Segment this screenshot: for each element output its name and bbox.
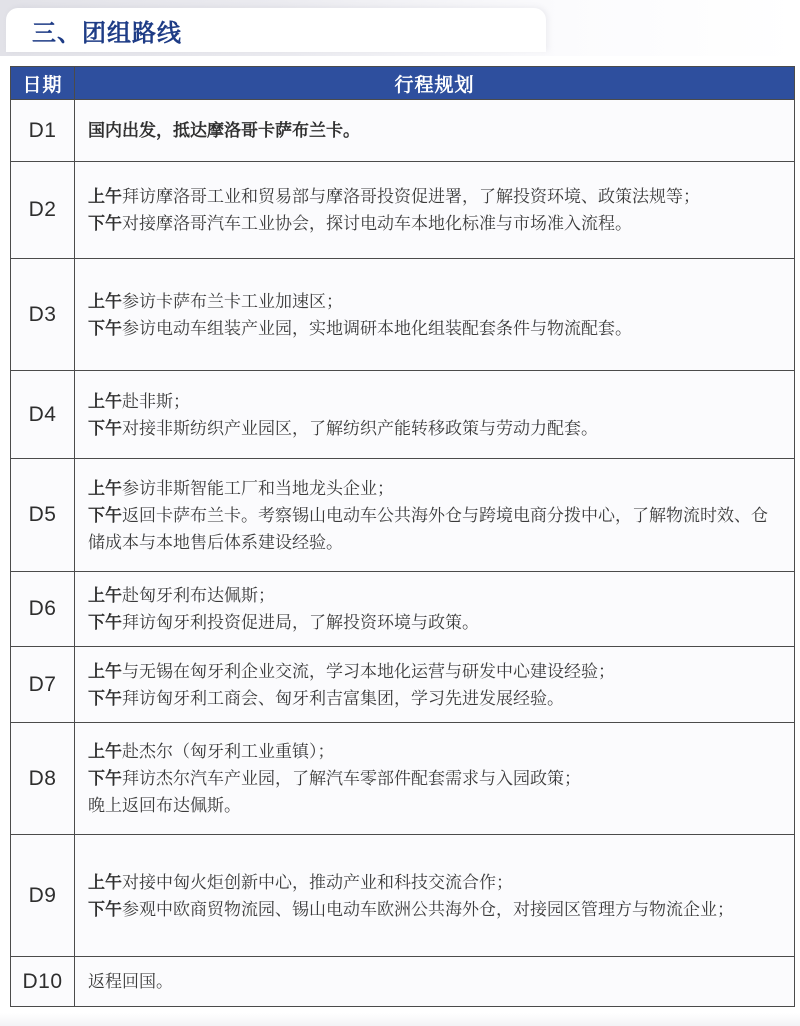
- date-cell: D10: [11, 957, 75, 1007]
- plan-segment: 参观中欧商贸物流园、锡山电动车欧洲公共海外仓，对接园区管理方与物流企业；: [122, 900, 734, 919]
- plan-line: 下午拜访杰尔汽车产业园，了解汽车零部件配套需求与入园政策；: [88, 765, 780, 792]
- date-cell: D3: [11, 259, 75, 371]
- plan-segment-bold: 下午: [88, 900, 122, 919]
- plan-segment: 晚上返回布达佩斯。: [88, 796, 241, 815]
- plan-segment: 对接非斯纺织产业园区，了解纺织产能转移政策与劳动力配套。: [122, 419, 598, 438]
- plan-segment: 拜访匈牙利投资促进局，了解投资环境与政策。: [122, 613, 479, 632]
- plan-segment: 赴非斯；: [122, 392, 190, 411]
- table-row: D6 上午赴匈牙利布达佩斯；下午拜访匈牙利投资促进局，了解投资环境与政策。: [11, 572, 795, 647]
- plan-segment-bold: 上午: [88, 586, 122, 605]
- date-cell: D4: [11, 371, 75, 459]
- plan-line: 上午参访卡萨布兰卡工业加速区；: [88, 288, 780, 315]
- header-plan: 行程规划: [75, 67, 795, 100]
- plan-line: 下午拜访匈牙利工商会、匈牙利吉富集团，学习先进发展经验。: [88, 685, 780, 712]
- table-row: D4 上午赴非斯；下午对接非斯纺织产业园区，了解纺织产能转移政策与劳动力配套。: [11, 371, 795, 459]
- plan-segment: 参访电动车组装产业园，实地调研本地化组装配套条件与物流配套。: [122, 319, 632, 338]
- plan-line: 晚上返回布达佩斯。: [88, 792, 780, 819]
- table-row: D1 国内出发，抵达摩洛哥卡萨布兰卡。: [11, 100, 795, 162]
- plan-segment-bold: 下午: [88, 613, 122, 632]
- plan-line: 下午对接摩洛哥汽车工业协会，探讨电动车本地化标准与市场准入流程。: [88, 210, 780, 237]
- plan-segment-bold: 上午: [88, 742, 122, 761]
- plan-segment: 拜访匈牙利工商会、匈牙利吉富集团，学习先进发展经验。: [122, 689, 564, 708]
- itinerary-table: 日期 行程规划 D1 国内出发，抵达摩洛哥卡萨布兰卡。 D2 上午拜访摩洛哥工业…: [10, 66, 795, 1007]
- plan-cell: 上午与无锡在匈牙利企业交流，学习本地化运营与研发中心建设经验；下午拜访匈牙利工商…: [75, 647, 795, 723]
- plan-line: 下午参访电动车组装产业园，实地调研本地化组装配套条件与物流配套。: [88, 315, 780, 342]
- plan-segment-bold: 上午: [88, 392, 122, 411]
- plan-line: 上午赴匈牙利布达佩斯；: [88, 582, 780, 609]
- date-cell: D5: [11, 459, 75, 572]
- plan-segment: 对接摩洛哥汽车工业协会，探讨电动车本地化标准与市场准入流程。: [122, 214, 632, 233]
- plan-segment: 拜访杰尔汽车产业园，了解汽车零部件配套需求与入园政策；: [122, 769, 581, 788]
- date-cell: D6: [11, 572, 75, 647]
- plan-cell: 返程回国。: [75, 957, 795, 1007]
- plan-cell: 国内出发，抵达摩洛哥卡萨布兰卡。: [75, 100, 795, 162]
- date-cell: D7: [11, 647, 75, 723]
- top-banner: 三、团组路线: [0, 0, 800, 56]
- plan-segment-bold: 下午: [88, 506, 122, 525]
- plan-cell: 上午拜访摩洛哥工业和贸易部与摩洛哥投资促进署，了解投资环境、政策法规等；下午对接…: [75, 162, 795, 259]
- plan-segment: 赴匈牙利布达佩斯；: [122, 586, 275, 605]
- plan-segment-bold: 国内出发，抵达摩洛哥卡萨布兰卡。: [88, 121, 360, 140]
- bottom-strip: [0, 1013, 800, 1026]
- plan-cell: 上午参访卡萨布兰卡工业加速区；下午参访电动车组装产业园，实地调研本地化组装配套条…: [75, 259, 795, 371]
- plan-line: 下午对接非斯纺织产业园区，了解纺织产能转移政策与劳动力配套。: [88, 415, 780, 442]
- plan-line: 下午参观中欧商贸物流园、锡山电动车欧洲公共海外仓，对接园区管理方与物流企业；: [88, 896, 780, 923]
- table-row: D3 上午参访卡萨布兰卡工业加速区；下午参访电动车组装产业园，实地调研本地化组装…: [11, 259, 795, 371]
- plan-line: 国内出发，抵达摩洛哥卡萨布兰卡。: [88, 117, 780, 144]
- plan-cell: 上午赴杰尔（匈牙利工业重镇）；下午拜访杰尔汽车产业园，了解汽车零部件配套需求与入…: [75, 723, 795, 835]
- page-title: 三、团组路线: [32, 13, 182, 48]
- table-row: D8 上午赴杰尔（匈牙利工业重镇）；下午拜访杰尔汽车产业园，了解汽车零部件配套需…: [11, 723, 795, 835]
- plan-segment-bold: 下午: [88, 689, 122, 708]
- plan-line: 下午返回卡萨布兰卡。考察锡山电动车公共海外仓与跨境电商分拨中心，了解物流时效、仓…: [88, 502, 780, 556]
- plan-line: 上午对接中匈火炬创新中心，推动产业和科技交流合作；: [88, 869, 780, 896]
- date-cell: D2: [11, 162, 75, 259]
- table-row: D2 上午拜访摩洛哥工业和贸易部与摩洛哥投资促进署，了解投资环境、政策法规等；下…: [11, 162, 795, 259]
- plan-segment-bold: 上午: [88, 662, 122, 681]
- plan-line: 返程回国。: [88, 968, 780, 995]
- date-cell: D9: [11, 835, 75, 957]
- plan-cell: 上午对接中匈火炬创新中心，推动产业和科技交流合作；下午参观中欧商贸物流园、锡山电…: [75, 835, 795, 957]
- plan-line: 下午拜访匈牙利投资促进局，了解投资环境与政策。: [88, 609, 780, 636]
- plan-segment-bold: 下午: [88, 214, 122, 233]
- plan-segment-bold: 下午: [88, 769, 122, 788]
- plan-segment: 拜访摩洛哥工业和贸易部与摩洛哥投资促进署，了解投资环境、政策法规等；: [122, 187, 700, 206]
- date-cell: D1: [11, 100, 75, 162]
- table-row: D5 上午参访非斯智能工厂和当地龙头企业；下午返回卡萨布兰卡。考察锡山电动车公共…: [11, 459, 795, 572]
- plan-segment: 对接中匈火炬创新中心，推动产业和科技交流合作；: [122, 873, 513, 892]
- plan-segment: 参访非斯智能工厂和当地龙头企业；: [122, 479, 394, 498]
- plan-line: 上午赴非斯；: [88, 388, 780, 415]
- plan-segment: 与无锡在匈牙利企业交流，学习本地化运营与研发中心建设经验；: [122, 662, 615, 681]
- table-row: D9 上午对接中匈火炬创新中心，推动产业和科技交流合作；下午参观中欧商贸物流园、…: [11, 835, 795, 957]
- table-header-row: 日期 行程规划: [11, 67, 795, 100]
- plan-segment-bold: 上午: [88, 873, 122, 892]
- plan-segment-bold: 上午: [88, 292, 122, 311]
- plan-segment: 赴杰尔（匈牙利工业重镇）；: [122, 742, 335, 761]
- plan-cell: 上午参访非斯智能工厂和当地龙头企业；下午返回卡萨布兰卡。考察锡山电动车公共海外仓…: [75, 459, 795, 572]
- title-card: 三、团组路线: [6, 8, 546, 52]
- plan-segment-bold: 下午: [88, 419, 122, 438]
- plan-segment: 参访卡萨布兰卡工业加速区；: [122, 292, 343, 311]
- plan-cell: 上午赴匈牙利布达佩斯；下午拜访匈牙利投资促进局，了解投资环境与政策。: [75, 572, 795, 647]
- plan-line: 上午拜访摩洛哥工业和贸易部与摩洛哥投资促进署，了解投资环境、政策法规等；: [88, 183, 780, 210]
- plan-segment-bold: 上午: [88, 187, 122, 206]
- plan-line: 上午参访非斯智能工厂和当地龙头企业；: [88, 475, 780, 502]
- table-row: D10 返程回国。: [11, 957, 795, 1007]
- plan-segment-bold: 下午: [88, 319, 122, 338]
- plan-segment-bold: 上午: [88, 479, 122, 498]
- date-cell: D8: [11, 723, 75, 835]
- plan-segment: 返回卡萨布兰卡。考察锡山电动车公共海外仓与跨境电商分拨中心，了解物流时效、仓储成…: [88, 506, 768, 552]
- table-row: D7 上午与无锡在匈牙利企业交流，学习本地化运营与研发中心建设经验；下午拜访匈牙…: [11, 647, 795, 723]
- plan-segment: 返程回国。: [88, 972, 173, 991]
- header-date: 日期: [11, 67, 75, 100]
- plan-line: 上午赴杰尔（匈牙利工业重镇）；: [88, 738, 780, 765]
- plan-cell: 上午赴非斯；下午对接非斯纺织产业园区，了解纺织产能转移政策与劳动力配套。: [75, 371, 795, 459]
- itinerary-table-container: 日期 行程规划 D1 国内出发，抵达摩洛哥卡萨布兰卡。 D2 上午拜访摩洛哥工业…: [0, 56, 800, 1007]
- plan-line: 上午与无锡在匈牙利企业交流，学习本地化运营与研发中心建设经验；: [88, 658, 780, 685]
